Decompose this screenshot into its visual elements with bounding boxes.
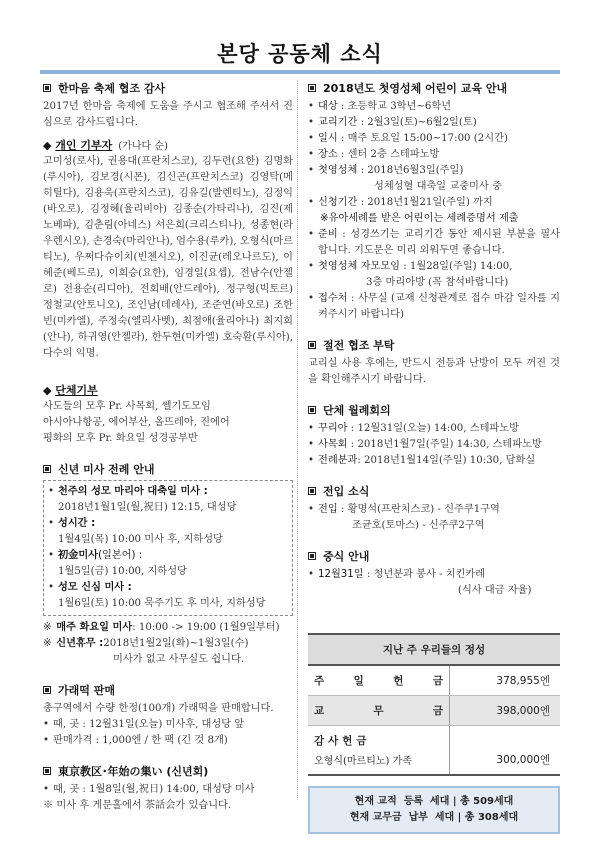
mass-item-label: 성시간 : (58, 516, 95, 532)
individual-donors-heading: ◆ 개인 기부자(가나다 순) (43, 137, 293, 153)
item-label: 접수처 (318, 293, 348, 304)
heading-text: 단체 월례회의 (323, 402, 391, 418)
item-text: : 2월3일(토)~6월2일(토) (357, 117, 476, 128)
square-bullet-icon (308, 406, 316, 414)
page-title: 본당 공동체 소식 (0, 38, 600, 68)
item-label: 일시 (318, 133, 338, 144)
label-char: 금 (433, 673, 443, 688)
note-text: 2018년1월2일(화)~1월3일(수) (103, 636, 248, 652)
item-label: 첫영성체 자모모임 (318, 261, 400, 272)
item-label: 꾸리아 (318, 423, 348, 434)
communion-item: •첫영성체 : 2018년6월3일(주일) (308, 163, 560, 179)
label-char: 주 (314, 673, 324, 688)
festival-body: 2017년 한마음 축제에 도움을 주시고 협조해 주셔서 진심으로 감사드립니… (43, 99, 293, 131)
mass-item: •성시간 : (48, 516, 288, 532)
mass-item-label: 성모 신심 미사 : (58, 580, 132, 596)
note-label: 신년휴무 : (56, 636, 103, 652)
heading-text: 신년 미사 전례 안내 (58, 461, 155, 477)
label-char: 교 (314, 703, 324, 718)
square-bullet-icon (43, 84, 51, 92)
right-column: 2018년도 첫영성체 어린이 교육 안내 •대상 : 초등학교 3학년~6학년… (308, 80, 560, 834)
offering-value: 398,000엔 (450, 696, 560, 725)
reference-mark: ※ (43, 620, 53, 636)
left-column: 한마음 축제 협조 감사 2017년 한마음 축제에 도움을 주시고 협조해 주… (43, 80, 293, 814)
communion-item: •일시 : 매주 토요일 15:00~17:00 (2시간) (308, 131, 560, 147)
mass-item-label: 천주의 성모 마리아 대축일 미사 : (58, 484, 208, 500)
section-communion-heading: 2018년도 첫영성체 어린이 교육 안내 (308, 80, 560, 96)
holiday-note-cont: 미사가 없고 사무실도 쉽니다. (43, 652, 293, 668)
heading-text: 단체기부 (55, 384, 98, 397)
mass-schedule-box: •천주의 성모 마리아 대축일 미사 : 2018년1월1일(월,祝日) 12:… (43, 480, 293, 616)
section-monthly-heading: 단체 월례회의 (308, 402, 560, 418)
square-bullet-icon (308, 84, 316, 92)
section-newyear-mass-heading: 신년 미사 전례 안내 (43, 461, 293, 477)
transfer-item: •전입 : 황명석(프란치스코) - 신주쿠1구역 (308, 502, 560, 518)
offering-label: 감사헌금 오형식(마르티노) 가족 (308, 726, 450, 774)
group-donors-heading: ◆ 단체기부 (43, 382, 293, 398)
communion-item: •준비 : 성경쓰기는 교리기간 동안 제시된 부분을 필사합니다. 기도문은 … (308, 227, 560, 259)
item-text: : 센터 2층 스테파노방 (338, 149, 440, 160)
communion-item: •첫영성체 자모모임 : 1월28일(주일) 14:00, (308, 259, 560, 275)
offering-label: 주 일 헌 금 (308, 666, 450, 695)
item-label: 신청기간 (318, 197, 357, 208)
thanks-name: 오형식(마르티노) 가족 (314, 752, 443, 767)
mass-item-detail: 1월4일(목) 10:00 미사 후, 지하성당 (48, 532, 288, 548)
mass-item-label-suffix: (일본어) : (98, 548, 142, 564)
heading-text: 2018년도 첫영성체 어린이 교육 안내 (323, 80, 507, 96)
group-donor-line: 사도들의 모후 Pr. 사목회, 쎌기도모임 (43, 399, 293, 415)
item-text: : 2018년6월3일(주일) (357, 165, 463, 176)
communion-item-cont: 성체성혈 대축일 교중미사 중 (308, 179, 560, 195)
item-text: : 2018년1월21일(주일) 까지 (357, 197, 492, 208)
offering-row-dues: 교 무 금 398,000엔 (308, 696, 560, 726)
offering-table-header: 지난 주 우리들의 정성 (308, 635, 560, 666)
offering-label: 교 무 금 (308, 696, 450, 725)
heading-text: 東京教区･年始の集い (58, 763, 163, 779)
tokyo-bullet: •때, 곳 : 1월8일(월,祝日) 14:00, 대성당 미사 (43, 782, 293, 798)
bullet-text: 때, 곳 : 1월8일(월,祝日) 14:00, 대성당 미사 (53, 782, 255, 798)
item-label: 전례분과 (318, 455, 357, 466)
group-donor-line: 아시아나항공, 에어부산, 올뜨레아, 진에어 (43, 415, 293, 431)
heading-text: 한마음 축제 협조 감사 (58, 80, 165, 96)
tokyo-note: ※ 미사 후 게문홀에서 茶話会가 있습니다. (43, 798, 293, 814)
item-label: 12월31일 (318, 569, 364, 580)
communion-item-cont: 3층 마리아방 (꼭 참석바랍니다) (308, 275, 560, 291)
bullet-text: 때, 곳 : 12월31일(오늘) 미사후, 대성당 앞 (53, 717, 244, 733)
mass-item: •初金미사(일본어) : (48, 548, 288, 564)
group-donor-line: 평화의 모후 Pr. 화요일 성경공부반 (43, 431, 293, 447)
monthly-item: •전례분과: 2018년1월14일(주일) 10:30, 담화실 (308, 453, 560, 469)
mass-item: •천주의 성모 마리아 대축일 미사 : (48, 484, 288, 500)
mass-item-detail: 2018년1월1일(월,祝日) 12:15, 대성당 (48, 500, 288, 516)
item-label: 대상 (318, 101, 338, 112)
heading-text: 절전 협조 부탁 (323, 337, 394, 353)
lunch-item-cont: (식사 대금 자율) (308, 583, 560, 599)
transfer-item-cont: 조균호(토마스) - 신주쿠2구역 (308, 518, 560, 534)
tuesday-mass-note: ※ 매주 화요일 미사 : 10:00 -> 19:00 (1월9일부터) (43, 620, 293, 636)
item-text: : 2018년1월7일(주일) 14:30, 스테파노방 (348, 439, 542, 450)
communion-item: •교리기간 : 2월3일(토)~6월2일(토) (308, 115, 560, 131)
heading-text: 전입 소식 (323, 483, 369, 499)
monthly-item: •사목회 : 2018년1월7일(주일) 14:30, 스테파노방 (308, 437, 560, 453)
item-text: : 12월31일(오늘) 14:00, 스테파노방 (348, 423, 519, 434)
item-label: 준비 (318, 229, 338, 240)
item-label: 전입 (318, 504, 338, 515)
mass-item: •성모 신심 미사 : (48, 580, 288, 596)
section-ricecake-heading: 가래떡 판매 (43, 682, 293, 698)
energy-body: 교리실 사용 후에는, 반드시 전등과 난방이 모두 꺼진 것을 확인해주시기 … (308, 356, 560, 388)
square-bullet-icon (43, 767, 51, 775)
item-text: : 2018년1월14일(주일) 10:30, 담화실 (357, 455, 535, 466)
label-char: 일 (354, 673, 364, 688)
item-label: 교리기간 (318, 117, 357, 128)
thanks-label: 감사헌금 (314, 733, 443, 748)
square-bullet-icon (308, 487, 316, 495)
item-text: : 성경쓰기는 교리기간 동안 제시된 부분을 필사합니다. 기도문은 미리 외… (318, 229, 560, 256)
section-energy-heading: 절전 협조 부탁 (308, 337, 560, 353)
lunch-item: •12월31일 : 청년분과 봉사 - 치킨카레 (308, 567, 560, 583)
heading-text: 개인 기부자 (55, 139, 112, 152)
communion-item: •접수처 : 사무실 (교재 신청관계로 접수 마감 일자를 지켜주시기 바랍니… (308, 291, 560, 323)
communion-baptism-note: ※유아세례를 받은 어린이는 세례증명서 제출 (308, 211, 560, 227)
item-text: : 청년분과 봉사 - 치킨카레 (364, 569, 485, 580)
ricecake-body: 총구역에서 수량 한정(100개) 가래떡을 판매합니다. (43, 701, 293, 717)
section-festival-heading: 한마음 축제 협조 감사 (43, 80, 293, 96)
sort-note: (가나다 순) (118, 141, 168, 152)
square-bullet-icon (43, 686, 51, 694)
mass-item-label: 初金미사 (58, 548, 98, 564)
ricecake-bullet: •판매가격 : 1,000엔 / 한 팩 (긴 것 8개) (43, 733, 293, 749)
label-char: 무 (373, 703, 383, 718)
mass-item-detail: 1월6일(토) 10:00 묵주기도 후 미사, 지하성당 (48, 596, 288, 612)
communion-item: •신청기간 : 2018년1월21일(주일) 까지 (308, 195, 560, 211)
section-transfer-heading: 전입 소식 (308, 483, 560, 499)
item-label: 장소 (318, 149, 338, 160)
holiday-note: ※ 신년휴무 : 2018년1월2일(화)~1월3일(수) (43, 636, 293, 652)
item-label: 사목회 (318, 439, 348, 450)
item-text: : 초등학교 3학년~6학년 (338, 101, 451, 112)
registered-households: 현재 교적 등록 세대 | 총 509세대 (310, 794, 558, 810)
heading-suffix: (신년회) (166, 763, 208, 779)
communion-item: •장소 : 센터 2층 스테파노방 (308, 147, 560, 163)
offering-row-thanks: 감사헌금 오형식(마르티노) 가족 300,000엔 (308, 726, 560, 774)
heading-text: 중식 안내 (323, 548, 369, 564)
reference-mark: ※ (43, 636, 53, 652)
paying-households: 현재 교무금 납부 세대 | 총 308세대 (310, 810, 558, 826)
item-text: : 매주 토요일 15:00~17:00 (2시간) (338, 133, 508, 144)
title-rule (40, 70, 560, 74)
square-bullet-icon (43, 465, 51, 473)
household-summary-box: 현재 교적 등록 세대 | 총 509세대 현재 교무금 납부 세대 | 총 3… (308, 786, 560, 834)
heading-text: 가래떡 판매 (58, 682, 115, 698)
note-label: 매주 화요일 미사 (56, 620, 132, 636)
individual-donors-list: 고미성(로사), 권용대(프란치스코), 김두련(요한) 김명화(루시아), 김… (43, 154, 293, 362)
offering-value: 300,000엔 (450, 745, 560, 774)
offering-value: 378,955엔 (450, 666, 560, 695)
label-char: 금 (433, 703, 443, 718)
bullet-text: 판매가격 : 1,000엔 / 한 팩 (긴 것 8개) (53, 733, 228, 749)
section-lunch-heading: 중식 안내 (308, 548, 560, 564)
square-bullet-icon (308, 341, 316, 349)
item-label: 첫영성체 (318, 165, 357, 176)
item-text: : 1월28일(주일) 14:00, (400, 261, 513, 272)
mass-item-detail: 1월5일(금) 10:00, 지하성당 (48, 564, 288, 580)
label-char: 헌 (393, 673, 403, 688)
ricecake-bullet: •때, 곳 : 12월31일(오늘) 미사후, 대성당 앞 (43, 717, 293, 733)
item-text: 황명석(프란치스코) - 신주쿠1구역 (348, 504, 500, 515)
offering-table: 지난 주 우리들의 정성 주 일 헌 금 378,955엔 교 무 금 398,… (308, 633, 560, 776)
offering-row-sunday: 주 일 헌 금 378,955엔 (308, 666, 560, 696)
column-divider (297, 80, 298, 800)
square-bullet-icon (308, 552, 316, 560)
monthly-item: •꾸리아 : 12월31일(오늘) 14:00, 스테파노방 (308, 421, 560, 437)
item-text: : 사무실 (교재 신청관계로 접수 마감 일자를 지켜주시기 바랍니다) (318, 293, 560, 320)
section-tokyo-heading: 東京教区･年始の集い (신년회) (43, 763, 293, 779)
note-text: : 10:00 -> 19:00 (1월9일부터) (132, 620, 279, 636)
communion-item: •대상 : 초등학교 3학년~6학년 (308, 99, 560, 115)
